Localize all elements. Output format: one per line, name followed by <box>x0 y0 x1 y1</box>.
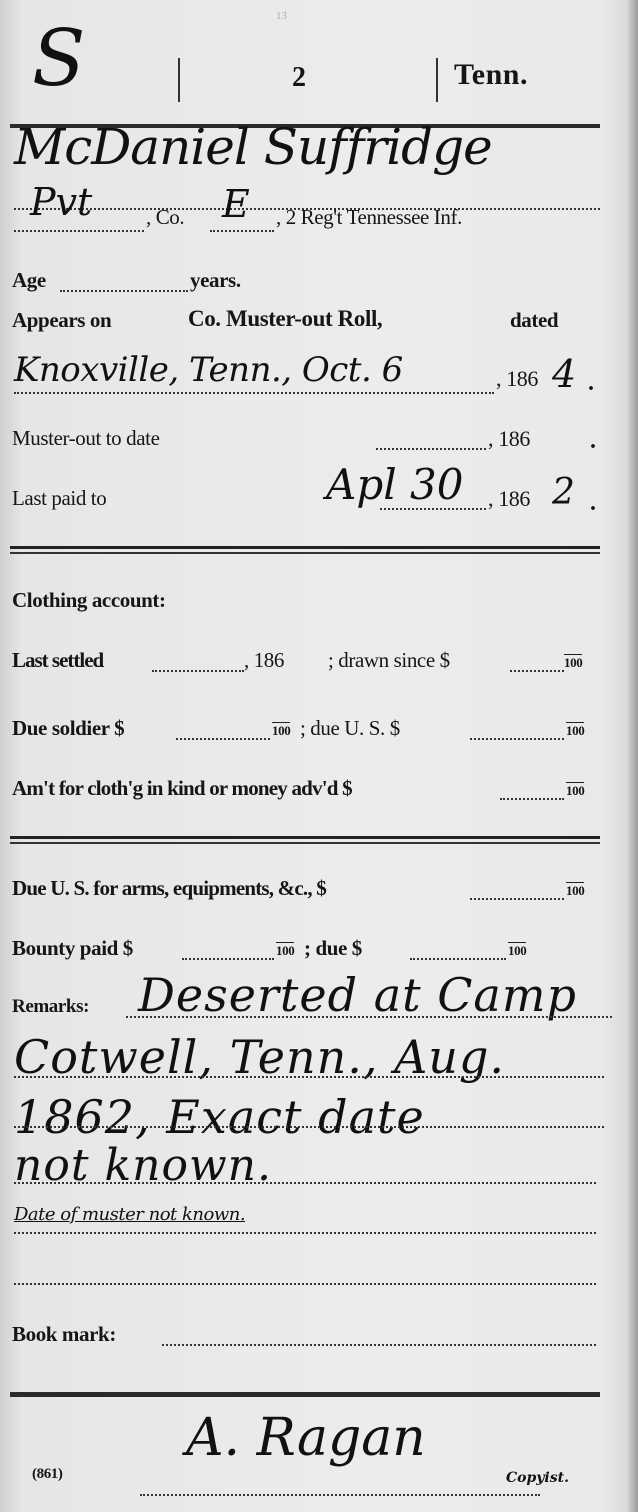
bounty-due-line <box>410 958 506 960</box>
roll-type: Co. Muster-out Roll, <box>188 306 382 332</box>
last-paid-value: Apl 30 <box>326 460 463 509</box>
roll-date-place: Knoxville, Tenn., Oct. 6 <box>14 350 403 390</box>
roll-year-prefix: , 186 <box>496 366 538 392</box>
period: . <box>588 370 594 397</box>
company-label: , Co. <box>146 205 184 230</box>
signature-line <box>140 1494 540 1496</box>
amt-clothing-line <box>500 798 564 800</box>
bounty-paid-line <box>182 958 274 960</box>
drawn-since-label: ; drawn since $ <box>328 648 450 673</box>
regiment-label: , 2 Reg't Tennessee Inf. <box>276 205 462 230</box>
period: . <box>590 490 596 517</box>
bounty-due-cents: 100 <box>508 942 526 957</box>
compiled-service-record-card: 13 S 2 Tenn. McDaniel Suffridge Pvt , Co… <box>0 0 628 1512</box>
remarks-rule-2 <box>14 1076 604 1078</box>
section-rule-2 <box>10 836 600 844</box>
rank-value: Pvt <box>30 180 92 224</box>
due-soldier-label: Due soldier $ <box>12 716 124 741</box>
last-settled-year: , 186 <box>244 648 284 673</box>
page-number: 13 <box>276 10 287 22</box>
drawn-since-cents: 100 <box>564 654 582 669</box>
roll-date-line <box>14 392 494 394</box>
card-edge <box>628 0 638 1512</box>
roll-year-suffix: 4 <box>552 352 576 396</box>
amt-clothing-cents: 100 <box>566 782 584 797</box>
remarks-rule-1 <box>126 1016 612 1018</box>
clothing-heading: Clothing account: <box>12 588 166 613</box>
last-paid-label: Last paid to <box>12 486 106 511</box>
header-regiment-number: 2 <box>292 62 306 94</box>
due-us-label: ; due U. S. $ <box>300 716 400 741</box>
last-paid-line <box>380 508 486 510</box>
copyist-label: Copyist. <box>506 1470 569 1486</box>
remarks-rule-6 <box>14 1283 596 1285</box>
remarks-rule-3 <box>14 1126 604 1128</box>
last-settled-line <box>152 670 244 672</box>
book-mark-line <box>162 1344 596 1346</box>
due-us-cents: 100 <box>566 722 584 737</box>
muster-out-label: Muster-out to date <box>12 426 160 451</box>
last-paid-year-prefix: , 186 <box>488 486 530 512</box>
remarks-line-3: 1862, Exact date <box>14 1090 425 1144</box>
header-divider-left <box>178 58 180 102</box>
remarks-rule-5 <box>14 1232 596 1234</box>
appears-on-label: Appears on <box>12 308 111 333</box>
soldier-name: McDaniel Suffridge <box>14 118 492 176</box>
arms-cents: 100 <box>566 882 584 897</box>
age-label: Age <box>12 268 46 293</box>
bounty-due-label: ; due $ <box>304 936 362 961</box>
section-rule-3 <box>10 1392 600 1397</box>
header-divider-right <box>436 58 438 102</box>
form-number: (861) <box>32 1466 63 1483</box>
due-us-line <box>470 738 564 740</box>
due-soldier-cents: 100 <box>272 722 290 737</box>
company-line <box>210 230 274 232</box>
last-paid-year-suffix: 2 <box>552 472 575 513</box>
rank-line <box>14 230 144 232</box>
drawn-since-line <box>510 670 564 672</box>
section-rule-1 <box>10 546 600 554</box>
amt-clothing-label: Am't for cloth'g in kind or money adv'd … <box>12 776 352 801</box>
arms-line <box>470 898 564 900</box>
last-settled-label: Last settled <box>12 648 103 673</box>
remarks-rule-4 <box>14 1182 596 1184</box>
remarks-line-1: Deserted at Camp <box>138 968 577 1022</box>
book-mark-label: Book mark: <box>12 1322 116 1347</box>
header-state: Tenn. <box>454 58 528 92</box>
due-soldier-line <box>176 738 270 740</box>
remarks-line-5: Date of muster not known. <box>14 1204 245 1225</box>
years-label: years. <box>190 268 241 293</box>
bounty-paid-cents: 100 <box>276 942 294 957</box>
bounty-paid-label: Bounty paid $ <box>12 936 133 961</box>
header-initial: S <box>32 14 85 104</box>
remarks-label: Remarks: <box>12 996 89 1018</box>
age-line <box>60 290 188 292</box>
dated-label: dated <box>510 308 558 333</box>
arms-label: Due U. S. for arms, equipments, &c., $ <box>12 876 326 901</box>
company-value: E <box>222 182 250 226</box>
muster-out-line <box>376 448 486 450</box>
muster-out-dot: . <box>590 428 596 455</box>
muster-out-year-prefix: , 186 <box>488 426 530 452</box>
copyist-signature: A. Ragan <box>186 1408 426 1468</box>
